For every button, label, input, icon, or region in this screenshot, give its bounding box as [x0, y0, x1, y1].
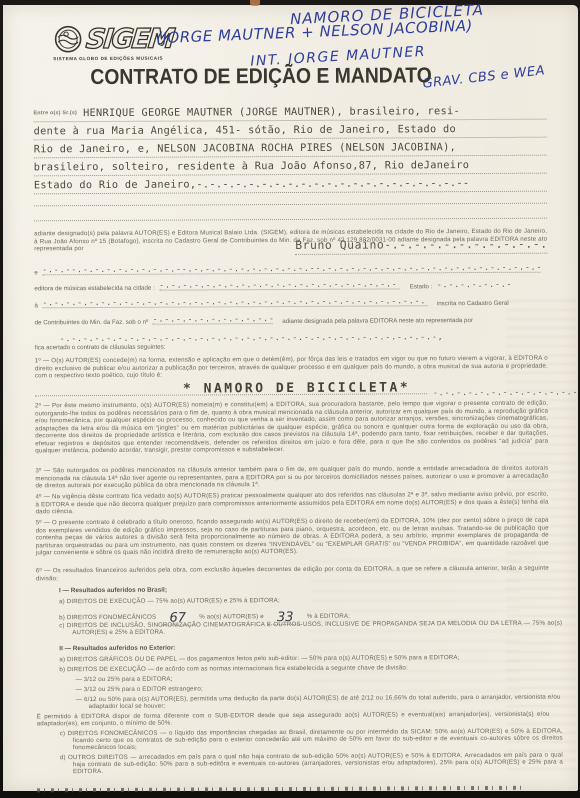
at-label: à: [34, 302, 37, 309]
handwritten-gravadora-note: GRAV. CBS e WEA: [422, 63, 546, 91]
e-label: e: [34, 269, 37, 276]
filler-line: -.-.--.-.-.-.-.-.-.-.-.--.-.-.-.-.-.-.-.…: [42, 263, 540, 276]
cgc-filler: -.-.-.-.-.-.-.-.-.-.-.-.-: [153, 314, 273, 325]
party-line-1-text: HENRIQUE GEORGE MAUTNER (JORGE MAUTNER),…: [83, 105, 460, 119]
city-filler: -.-.-.-.-.-.-.-.-.-.-.-.-.-.-.-.-.-.-.-.…: [159, 279, 399, 290]
state-label: Estado :: [410, 283, 433, 290]
fonomecanicos-label: b) DIREITOS FONOMECÂNICOS: [59, 614, 156, 622]
clause-2: 2º — Por êste mesmo instrumento, o(s) AU…: [35, 400, 548, 455]
rep2-filler: -.-.-.-.-.-.-.-.-.-.-.-.-.-.-.-.-.-.-.-.…: [60, 332, 460, 343]
results-ext-a: a) DIREITOS GRÁFICOS OU DE PAPEL — dos p…: [59, 654, 562, 664]
cgc-label: de Contribuintes do Min. da Faz. sob o n…: [35, 319, 149, 327]
results-ext-note: É permitido à EDITORA dispor de forma di…: [37, 711, 550, 728]
state-filler: -.-.-.-.-.-.-.-.-: [437, 280, 515, 289]
results-ext-b: b) DIREITOS DE EXECUÇÃO — de acôrdo com …: [59, 664, 562, 674]
results-ext-c: c) DIREITOS FONOMECÂNICOS — o líquido da…: [60, 728, 563, 752]
work-title-row: * NAMORO DE BICICLETA* -.-.-.-.-.-.-.-.-…: [35, 380, 548, 398]
results-exterior-header: II — Resultados auferidos no Exterior:: [59, 645, 175, 653]
cgc-line: de Contribuintes do Min. da Faz. sob o n…: [35, 309, 548, 330]
clause-1: 1º — O(s) AUTOR(ES) concede(m) na forma,…: [35, 355, 548, 380]
cutoff-text-line: [37, 786, 523, 793]
fonomecanicos-end: % à EDITORA;: [307, 613, 350, 620]
address-filler: -.-.-.-.-.-.-.-.-.-.-.-.-.-.-.-.-.-.-.-.…: [42, 296, 427, 308]
blank-ruled-line: [34, 203, 547, 207]
cgc-suffix: adiante designada pela palavra EDITORA n…: [282, 317, 473, 325]
party-line-4-text: brasileiro, solteiro, residente à Rua Jo…: [34, 159, 470, 173]
cadastro-suffix: inscrita no Cadastro Geral: [437, 300, 509, 307]
agreement-line: fica acertado o contrato de cláusulas se…: [35, 344, 166, 352]
party-line-5-text: Estado do Rio de Janeiro,-.-.-.-.-.-.-.-…: [34, 177, 470, 191]
fonomecanicos-mid: % ao(s) AUTOR(ES) e: [199, 613, 264, 620]
results-brasil-c: c) DIREITOS DE INCLUSÃO, SINCRONIZAÇÃO C…: [59, 620, 562, 637]
results-ext-b-item3: — 6/12 ou 50% para o(s) AUTOR(ES), permi…: [76, 694, 561, 711]
city-label: editora de músicas estabelecida na cidad…: [34, 285, 154, 293]
clause-3: 3º — São outorgados os podêres mencionad…: [35, 465, 548, 490]
results-brasil-header: I — Resultados auferidos no Brasil;: [59, 587, 167, 595]
party-line-5: Estado do Rio de Janeiro,-.-.-.-.-.-.-.-…: [34, 173, 547, 195]
results-ext-b-item1: — 3/12 ou 25% para a EDITORA;: [75, 674, 545, 683]
work-title: * NAMORO DE BICICLETA*: [183, 380, 410, 396]
party-line-3-text: Rio de Janeiro, e, NELSON JACOBINA ROCHA…: [34, 141, 457, 155]
scanned-contract-photo: SIGEM SISTEMA GLOBO DE EDIÇÕES MUSICAIS …: [0, 0, 580, 798]
party-line-2-text: dente à rua Maria Angélica, 451- sótão, …: [34, 123, 457, 137]
clause-6: 6º — Os resultados financeiros auferidos…: [36, 565, 549, 583]
results-ext-b-item2: — 3/12 ou 25% para o EDITOR estrangeiro;: [76, 684, 546, 693]
results-ext-d: d) OUTROS DIREITOS — arrecadados em país…: [60, 752, 563, 776]
clause-4: 4º — Na vigência dêste contrato fica ved…: [35, 491, 548, 516]
contract-title: CONTRATO DE EDIÇÃO E MANDATO: [90, 63, 432, 90]
work-title-filler: -.-.-.-.-.-.-.-.-.-.-.-.-.-.-: [433, 387, 580, 397]
globe-icon: [53, 24, 83, 54]
clause-5: 5º — O presente contrato é celebrado a t…: [36, 517, 549, 557]
logo-tagline: SISTEMA GLOBO DE EDIÇÕES MUSICAIS: [53, 55, 223, 61]
representative-name: Bruno Quaino-.-.-.-.-.-.-.-.-.-.-.-.-.-.…: [295, 237, 547, 255]
blank-ruled-line: [34, 218, 547, 222]
party-intro-label: Entre o(s) Sr.(s): [33, 110, 77, 116]
